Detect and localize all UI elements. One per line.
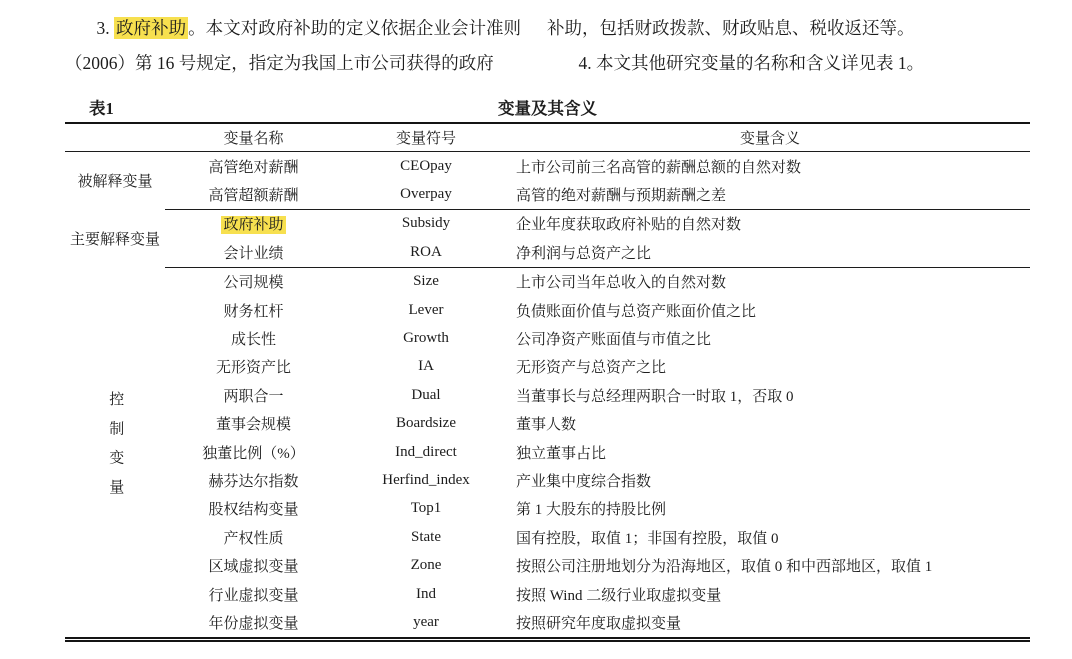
cell-variable-symbol: Herfind_index	[342, 466, 510, 494]
header-variable-name: 变量名称	[165, 123, 342, 152]
paragraph-3: 3. 政府补助。本文对政府补助的定义依据企业会计准则（2006）第 16 号规定…	[65, 11, 521, 81]
group-label-control: 控制变量	[65, 267, 165, 639]
cell-variable-name: 行业虚拟变量	[165, 580, 342, 608]
cell-variable-symbol: Boardsize	[342, 410, 510, 438]
cell-variable-name: 无形资产比	[165, 353, 342, 381]
cell-variable-name: 政府补助	[165, 209, 342, 238]
paragraph-3-continuation: 补助，包括财政拨款、财政贴息、税收返还等。	[547, 11, 1017, 46]
cell-variable-meaning: 公司净资产账面值与市值之比	[510, 324, 1030, 352]
cell-variable-meaning: 按照研究年度取虚拟变量	[510, 608, 1030, 639]
cell-variable-name: 高管超额薪酬	[165, 180, 342, 209]
cell-variable-symbol: Overpay	[342, 180, 510, 209]
cell-variable-name: 会计业绩	[165, 238, 342, 267]
text-column-left: 3. 政府补助。本文对政府补助的定义依据企业会计准则（2006）第 16 号规定…	[65, 11, 521, 81]
cell-variable-symbol: IA	[342, 353, 510, 381]
text-column-right: 补助，包括财政拨款、财政贴息、税收返还等。 4. 本文其他研究变量的名称和含义详…	[547, 11, 1017, 81]
cell-variable-symbol: ROA	[342, 238, 510, 267]
table-row: 被解释变量 高管绝对薪酬 CEOpay 上市公司前三名高管的薪酬总额的自然对数	[65, 152, 1030, 181]
table-row: 董事会规模 Boardsize 董事人数	[65, 410, 1030, 438]
table-row: 年份虚拟变量 year 按照研究年度取虚拟变量	[65, 608, 1030, 639]
cell-variable-symbol: Zone	[342, 551, 510, 579]
table-caption-label: 表1	[89, 95, 114, 122]
body-text-columns: 3. 政府补助。本文对政府补助的定义依据企业会计准则（2006）第 16 号规定…	[0, 0, 1072, 81]
table-row: 主要解释变量 政府补助 Subsidy 企业年度获取政府补贴的自然对数	[65, 209, 1030, 238]
table-row: 两职合一 Dual 当董事长与总经理两职合一时取 1，否取 0	[65, 381, 1030, 409]
header-variable-symbol: 变量符号	[342, 123, 510, 152]
table-header-row: 变量名称 变量符号 变量含义	[65, 123, 1030, 152]
table-row: 独董比例（%） Ind_direct 独立董事占比	[65, 438, 1030, 466]
cell-variable-name: 股权结构变量	[165, 495, 342, 523]
group-label-control-text: 控制变量	[107, 391, 124, 508]
cell-variable-symbol: Size	[342, 267, 510, 296]
table-row: 控制变量 公司规模 Size 上市公司当年总收入的自然对数	[65, 267, 1030, 296]
cell-variable-symbol: CEOpay	[342, 152, 510, 181]
cell-variable-symbol: Growth	[342, 324, 510, 352]
cell-variable-symbol: State	[342, 523, 510, 551]
table-row: 股权结构变量 Top1 第 1 大股东的持股比例	[65, 495, 1030, 523]
header-group-spacer	[65, 123, 165, 152]
paragraph-3-number: 3.	[97, 18, 115, 38]
cell-variable-symbol: year	[342, 608, 510, 639]
cell-variable-name: 年份虚拟变量	[165, 608, 342, 639]
table-row: 行业虚拟变量 Ind 按照 Wind 二级行业取虚拟变量	[65, 580, 1030, 608]
cell-variable-meaning: 净利润与总资产之比	[510, 238, 1030, 267]
table-caption-title: 变量及其含义	[498, 99, 597, 118]
cell-variable-meaning: 按照 Wind 二级行业取虚拟变量	[510, 580, 1030, 608]
table-row: 无形资产比 IA 无形资产与总资产之比	[65, 353, 1030, 381]
cell-variable-symbol: Top1	[342, 495, 510, 523]
cell-variable-meaning: 产业集中度综合指数	[510, 466, 1030, 494]
cell-variable-symbol: Dual	[342, 381, 510, 409]
cell-variable-name: 成长性	[165, 324, 342, 352]
header-variable-meaning: 变量含义	[510, 123, 1030, 152]
cell-variable-name: 独董比例（%）	[165, 438, 342, 466]
table-row: 产权性质 State 国有控股，取值 1；非国有控股，取值 0	[65, 523, 1030, 551]
cell-variable-name: 产权性质	[165, 523, 342, 551]
group-label-explained: 被解释变量	[65, 152, 165, 210]
cell-variable-meaning: 按照公司注册地划分为沿海地区，取值 0 和中西部地区，取值 1	[510, 551, 1030, 579]
group-label-main-explanatory: 主要解释变量	[65, 209, 165, 267]
cell-variable-name: 财务杠杆	[165, 296, 342, 324]
cell-variable-meaning: 高管的绝对薪酬与预期薪酬之差	[510, 180, 1030, 209]
cell-variable-symbol: Lever	[342, 296, 510, 324]
group-control-variables: 控制变量 公司规模 Size 上市公司当年总收入的自然对数 财务杠杆 Lever…	[65, 267, 1030, 639]
cell-variable-meaning: 上市公司当年总收入的自然对数	[510, 267, 1030, 296]
variables-table: 变量名称 变量符号 变量含义 被解释变量 高管绝对薪酬 CEOpay 上市公司前…	[65, 122, 1030, 642]
table-row: 成长性 Growth 公司净资产账面值与市值之比	[65, 324, 1030, 352]
cell-variable-meaning: 第 1 大股东的持股比例	[510, 495, 1030, 523]
cell-variable-symbol: Ind	[342, 580, 510, 608]
cell-variable-meaning: 上市公司前三名高管的薪酬总额的自然对数	[510, 152, 1030, 181]
paragraph-4: 4. 本文其他研究变量的名称和含义详见表 1。	[547, 46, 1017, 81]
table-caption: 表1 变量及其含义	[65, 95, 1030, 122]
cell-variable-name: 公司规模	[165, 267, 342, 296]
cell-variable-meaning: 董事人数	[510, 410, 1030, 438]
group-explained-variables: 被解释变量 高管绝对薪酬 CEOpay 上市公司前三名高管的薪酬总额的自然对数 …	[65, 152, 1030, 210]
cell-variable-meaning: 当董事长与总经理两职合一时取 1，否取 0	[510, 381, 1030, 409]
cell-variable-meaning: 负债账面价值与总资产账面价值之比	[510, 296, 1030, 324]
highlight-government-subsidy: 政府补助	[114, 17, 188, 39]
cell-variable-meaning: 国有控股，取值 1；非国有控股，取值 0	[510, 523, 1030, 551]
highlight-government-subsidy-cell: 政府补助	[221, 216, 285, 234]
cell-variable-meaning: 企业年度获取政府补贴的自然对数	[510, 209, 1030, 238]
table-row: 区域虚拟变量 Zone 按照公司注册地划分为沿海地区，取值 0 和中西部地区，取…	[65, 551, 1030, 579]
cell-variable-symbol: Ind_direct	[342, 438, 510, 466]
table-row: 高管超额薪酬 Overpay 高管的绝对薪酬与预期薪酬之差	[65, 180, 1030, 209]
cell-variable-name: 区域虚拟变量	[165, 551, 342, 579]
cell-variable-name: 高管绝对薪酬	[165, 152, 342, 181]
table-row: 会计业绩 ROA 净利润与总资产之比	[65, 238, 1030, 267]
cell-variable-meaning: 无形资产与总资产之比	[510, 353, 1030, 381]
cell-variable-meaning: 独立董事占比	[510, 438, 1030, 466]
table-row: 财务杠杆 Lever 负债账面价值与总资产账面价值之比	[65, 296, 1030, 324]
cell-variable-name: 赫芬达尔指数	[165, 466, 342, 494]
cell-variable-name: 董事会规模	[165, 410, 342, 438]
cell-variable-symbol: Subsidy	[342, 209, 510, 238]
table-row: 赫芬达尔指数 Herfind_index 产业集中度综合指数	[65, 466, 1030, 494]
paper-page: 3. 政府补助。本文对政府补助的定义依据企业会计准则（2006）第 16 号规定…	[0, 0, 1072, 659]
group-main-explanatory-variables: 主要解释变量 政府补助 Subsidy 企业年度获取政府补贴的自然对数 会计业绩…	[65, 209, 1030, 267]
cell-variable-name: 两职合一	[165, 381, 342, 409]
